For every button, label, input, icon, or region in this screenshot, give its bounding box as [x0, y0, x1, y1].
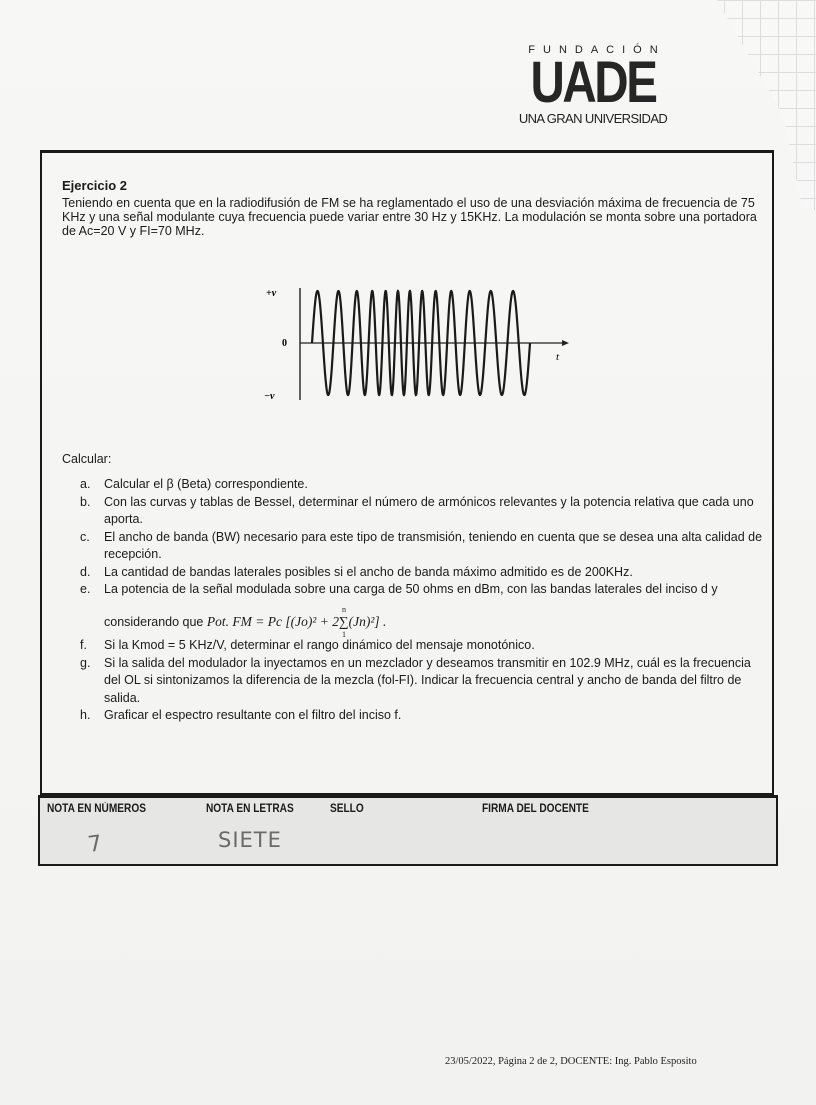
- summation-symbol: ∑n1: [339, 613, 349, 631]
- uade-logo: FUNDACIÓN UADE UNA GRAN UNIVERSIDAD: [498, 44, 688, 126]
- nota-letras-label: NOTA EN LETRAS: [206, 803, 294, 815]
- grading-box: [38, 795, 778, 866]
- exam-page: FUNDACIÓN UADE UNA GRAN UNIVERSIDAD Ejer…: [0, 0, 816, 1105]
- x-axis-arrow: [562, 340, 569, 346]
- y-label-zero: 0: [282, 338, 287, 349]
- logo-uade: UADE: [515, 56, 671, 110]
- task-item-b: b.Con las curvas y tablas de Bessel, det…: [80, 494, 770, 529]
- task-item-c: c.El ancho de banda (BW) necesario para …: [80, 529, 770, 564]
- y-label-plus-v: +v: [266, 288, 277, 299]
- sello-label: SELLO: [330, 803, 364, 815]
- task-item-f: f.Si la Kmod = 5 KHz/V, determinar el ra…: [80, 637, 770, 655]
- calcular-label: Calcular:: [62, 452, 111, 466]
- task-item-a: a.Calcular el β (Beta) correspondiente.: [80, 476, 770, 494]
- task-list: a.Calcular el β (Beta) correspondiente. …: [80, 476, 770, 725]
- task-item-h: h.Graficar el espectro resultante con el…: [80, 707, 770, 725]
- page-footer: 23/05/2022, Página 2 de 2, DOCENTE: Ing.…: [445, 1056, 697, 1067]
- firma-docente-label: FIRMA DEL DOCENTE: [482, 803, 589, 815]
- task-item-e: e.La potencia de la señal modulada sobre…: [80, 581, 770, 631]
- fm-signal-chart: +v 0 −v t: [260, 280, 580, 410]
- nota-numeros-label: NOTA EN NÚMEROS: [47, 803, 146, 815]
- power-formula: considerando que Pot. FM = Pc [(Jo)² + 2…: [104, 613, 386, 632]
- x-label-t: t: [556, 351, 560, 363]
- task-item-g: g.Si la salida del modulador la inyectam…: [80, 655, 770, 708]
- y-label-minus-v: −v: [264, 391, 275, 402]
- task-item-d: d.La cantidad de bandas laterales posibl…: [80, 564, 770, 582]
- exercise-title: Ejercicio 2: [62, 178, 127, 193]
- nota-letras-value: SIETE: [218, 828, 282, 852]
- exercise-statement: Teniendo en cuenta que en la radiodifusi…: [62, 196, 767, 238]
